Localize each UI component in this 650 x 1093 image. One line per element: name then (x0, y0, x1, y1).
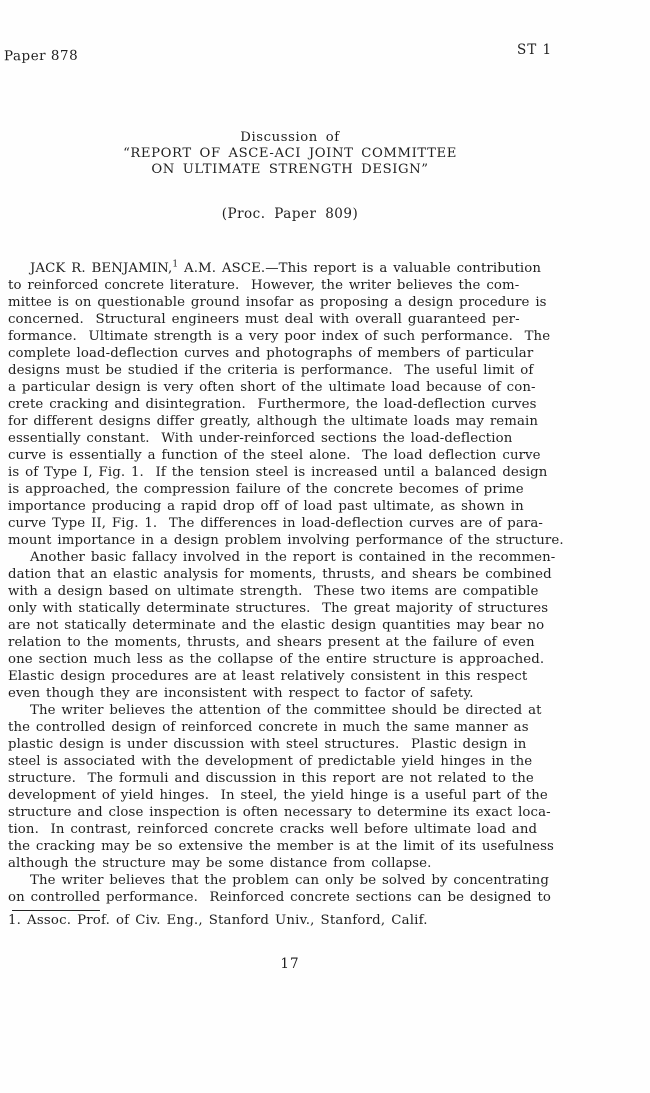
footnote-separator-rule (12, 910, 100, 911)
text-line: crete cracking and disintegration. Furth… (8, 396, 642, 413)
text-line: are not statically determinate and the e… (8, 617, 642, 634)
text-line: is approached, the compression failure o… (8, 481, 642, 498)
paragraph: The writer believes the attention of the… (8, 702, 642, 872)
title-line-3: ON ULTIMATE STRENGTH DESIGN” (8, 162, 572, 178)
page-number: 17 (8, 956, 572, 972)
text-line: on controlled performance. Reinforced co… (8, 889, 642, 906)
text-line: the controlled design of reinforced conc… (8, 719, 642, 736)
text-line: although the structure may be some dista… (8, 855, 642, 872)
journal-section-code: ST 1 (517, 42, 552, 58)
text-line: curve Type II, Fig. 1. The differences i… (8, 515, 642, 532)
text-line: importance producing a rapid drop off of… (8, 498, 642, 515)
author-name: JACK R. BENJAMIN, (30, 261, 172, 276)
text-line: The writer believes the attention of the… (8, 702, 642, 719)
text-line: even though they are inconsistent with r… (8, 685, 642, 702)
text-line: mount importance in a design problem inv… (8, 532, 642, 549)
title-line-1: Discussion of (8, 130, 572, 146)
text-line: Another basic fallacy involved in the re… (8, 549, 642, 566)
text-line: the cracking may be so extensive the mem… (8, 838, 642, 855)
text-line: designs must be studied if the criteria … (8, 362, 642, 379)
text-line: one section much less as the collapse of… (8, 651, 642, 668)
text-line: structure. The formuli and discussion in… (8, 770, 642, 787)
text-line: dation that an elastic analysis for mome… (8, 566, 642, 583)
text-line: essentially constant. With under-reinfor… (8, 430, 642, 447)
text-line: plastic design is under discussion with … (8, 736, 642, 753)
paragraph: Another basic fallacy involved in the re… (8, 549, 642, 702)
author-line: JACK R. BENJAMIN,1 A.M. ASCE.—This repor… (8, 260, 642, 277)
title-line-2: “REPORT OF ASCE-ACI JOINT COMMITTEE (8, 146, 572, 162)
article-title: Discussion of “REPORT OF ASCE-ACI JOINT … (8, 130, 572, 178)
article-body: JACK R. BENJAMIN,1 A.M. ASCE.—This repor… (8, 260, 642, 906)
text-line: formance. Ultimate strength is a very po… (8, 328, 642, 345)
footnote-text: 1. Assoc. Prof. of Civ. Eng., Stanford U… (8, 913, 428, 928)
text-line: concerned. Structural engineers must dea… (8, 311, 642, 328)
text-line: structure and close inspection is often … (8, 804, 642, 821)
text-line: a particular design is very often short … (8, 379, 642, 396)
paper-number: Paper 878 (4, 48, 78, 65)
text-line: The writer believes that the problem can… (8, 872, 642, 889)
author-line-rest: A.M. ASCE.—This report is a valuable con… (178, 261, 541, 276)
text-line: to reinforced concrete literature. Howev… (8, 277, 642, 294)
text-line: complete load-deflection curves and phot… (8, 345, 642, 362)
text-line: steel is associated with the development… (8, 753, 642, 770)
text-line: curve is essentially a function of the s… (8, 447, 642, 464)
text-line: only with statically determinate structu… (8, 600, 642, 617)
text-line: Elastic design procedures are at least r… (8, 668, 642, 685)
text-line: is of Type I, Fig. 1. If the tension ste… (8, 464, 642, 481)
text-line: tion. In contrast, reinforced concrete c… (8, 821, 642, 838)
text-line: for different designs differ greatly, al… (8, 413, 642, 430)
text-line: mittee is on questionable ground insofar… (8, 294, 642, 311)
proc-paper-reference: (Proc. Paper 809) (8, 206, 572, 222)
text-line: development of yield hinges. In steel, t… (8, 787, 642, 804)
paragraph: JACK R. BENJAMIN,1 A.M. ASCE.—This repor… (8, 260, 642, 549)
scanned-paper-page: Paper 878 ST 1 Discussion of “REPORT OF … (0, 0, 650, 1093)
paragraph: The writer believes that the problem can… (8, 872, 642, 906)
text-line: relation to the moments, thrusts, and sh… (8, 634, 642, 651)
text-line: with a design based on ultimate strength… (8, 583, 642, 600)
